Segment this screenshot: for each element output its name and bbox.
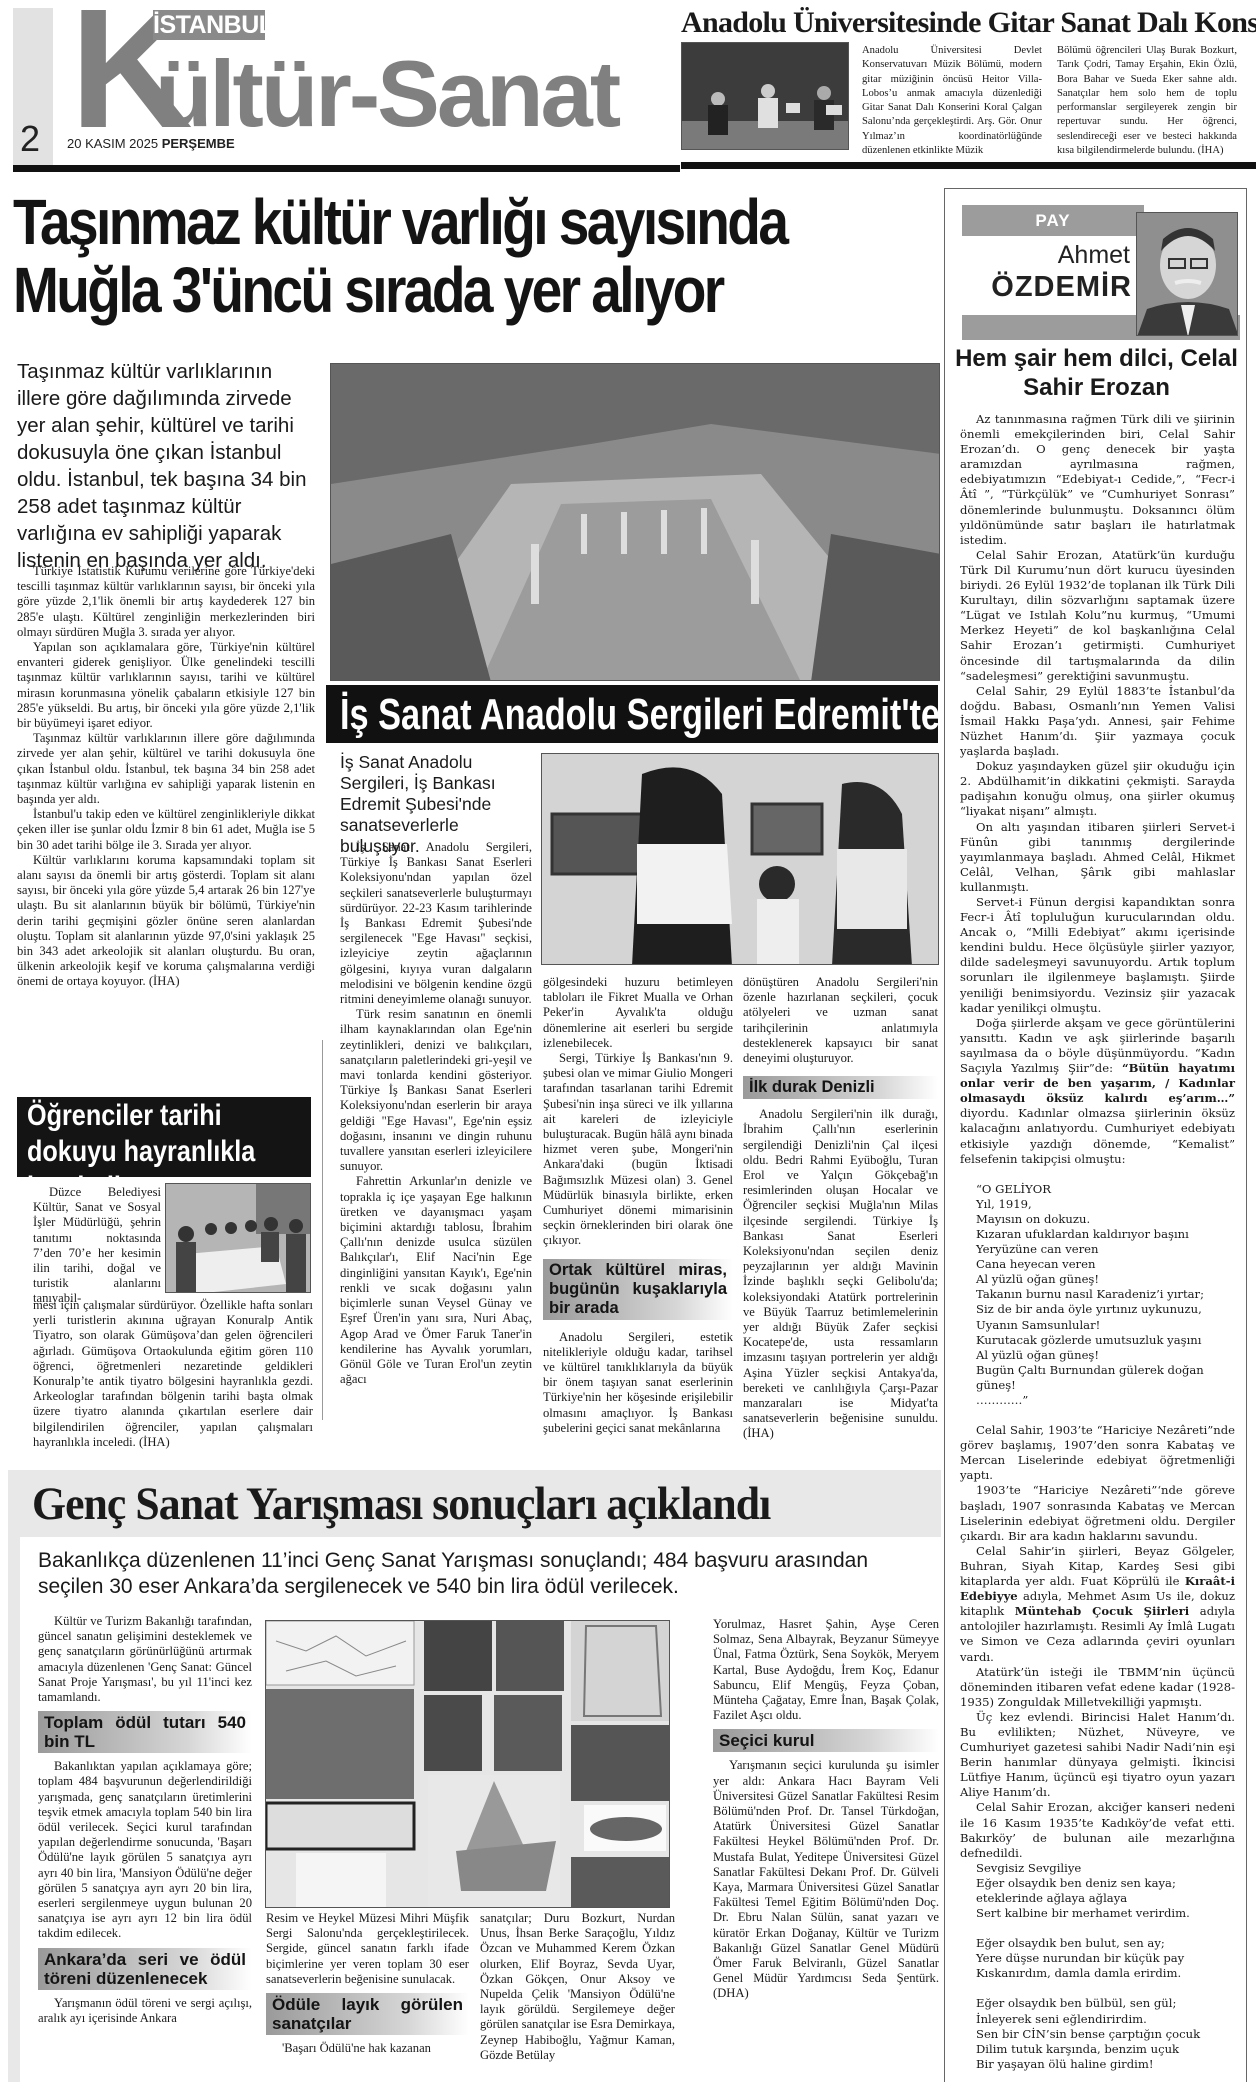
is-sanat-headline: İş Sanat Anadolu Sergileri Edremit'te — [340, 690, 940, 740]
column-paragraph: Servet-i Fünun dergisi kapandıktan sonra… — [960, 895, 1235, 1016]
column-body: Az tanınmasına rağmen Türk dili ve şiiri… — [960, 412, 1235, 2072]
main-headline-line1: Taşınmaz kültür varlığı sayısında — [13, 188, 813, 256]
book-title: Müntehab Çocuk Şiirleri — [1015, 1604, 1189, 1618]
poem-line: Yere düşse nurundan bir küçük pay — [960, 1951, 1235, 1966]
column-paragraph: Celal Sahir, 29 Eylül 1883’te İstanbul’d… — [960, 684, 1235, 759]
page-number: 2 — [20, 118, 40, 160]
gitar-story-headline: Anadolu Üniversitesinde Gitar Sanat Dalı… — [681, 3, 1256, 43]
poem-line: Eğer olsaydık ben bulut, sen ay; — [960, 1936, 1235, 1951]
concert-photo-image — [682, 43, 849, 150]
issue-date: 20 KASIM 2025 PERŞEMBE — [67, 136, 235, 151]
spacer — [960, 1921, 1235, 1936]
is-sanat-paragraph: Anadolu Sergileri'nin ilk durağı, İbrahi… — [743, 1107, 938, 1441]
column-paragraph: Dokuz yaşındayken güzel şiir okuduğu içi… — [960, 759, 1235, 819]
poem-line: Al yüzlü oğan güneş! — [960, 1348, 1235, 1363]
author-portrait — [1136, 212, 1238, 336]
is-sanat-paragraph: İş Sanat Anadolu Sergileri, Türkiye İş B… — [340, 840, 532, 1007]
poem-line: Dilim tutuk karşında, benzim uçuk — [960, 2042, 1235, 2057]
poem-line: Kızaran ufuklardan kaldırıyor başını — [960, 1227, 1235, 1242]
column-text: diyordu. Kadınlar olmazsa şiirlerinin ök… — [960, 1106, 1235, 1165]
column-paragraph: Celal Sahir Erozan, Atatürk’ün kurduğu T… — [960, 548, 1235, 684]
main-story-body: Türkiye İstatistik Kurumu verilerine gör… — [17, 564, 315, 990]
main-story-lead: Taşınmaz kültür varlıklarının illere gör… — [17, 358, 317, 574]
is-sanat-paragraph: dönüştüren Anadolu Sergileri'nin özenle … — [743, 975, 938, 1066]
column-paragraph: Doğa şiirlerde akşam ve gece görüntüleri… — [960, 1016, 1235, 1167]
is-sanat-col1: İş Sanat Anadolu Sergileri, Türkiye İş B… — [340, 840, 532, 1387]
ruins-photo-image — [331, 364, 940, 681]
spacer — [960, 1981, 1235, 1996]
main-headline-line2: Muğla 3'üncü sırada yer alıyor — [13, 256, 813, 324]
ancient-ruins-photo — [330, 363, 940, 681]
author-last-name: ÖZDEMİR — [962, 270, 1132, 304]
is-sanat-paragraph: Türk resim sanatının en önemli ilham kay… — [340, 1007, 532, 1174]
poem-line: Takanın burnu nasıl Karadeniz’i yırtar; — [960, 1287, 1235, 1302]
poem-line: Mayısın on dokuzu. — [960, 1212, 1235, 1227]
students-paragraph: Düzce Belediyesi Kültür, Sanat ve Sosyal… — [33, 1185, 161, 1307]
poem-line: Kıskanırdım, damla damla erirdim. — [960, 1966, 1235, 1981]
subhead-odul-tutari: Toplam ödül tutarı 540 bin TL — [38, 1711, 252, 1753]
poem-line: Al yüzlü oğan güneş! — [960, 1272, 1235, 1287]
genc-paragraph: 'Başarı Ödülü'ne hak kazanan — [266, 2041, 469, 2056]
genc-paragraph: Bakanlıktan yapılan açıklamaya göre; top… — [38, 1759, 252, 1941]
column-divider — [322, 1040, 323, 1420]
poem-line: Kurutacak gözlerde umutsuzluk yaşını — [960, 1333, 1235, 1348]
is-sanat-paragraph: Anadolu Sergileri, estetik nitelikleriyl… — [543, 1330, 733, 1436]
main-headline: Taşınmaz kültür varlığı sayısında Muğla … — [13, 188, 813, 324]
column-paragraph: Celal Sahir’in şiirleri, Beyaz Gölgeler,… — [960, 1544, 1235, 1665]
column-paragraph: On altı yaşından itibaren şiirleri Serve… — [960, 820, 1235, 895]
genc-sanat-col4: Yorulmaz, Hasret Şahin, Ayşe Ceren Solma… — [713, 1617, 939, 2002]
issue-date-text: 20 KASIM 2025 — [67, 136, 158, 151]
genc-sanat-col3: sanatçılar; Duru Bozkurt, Nurdan Unus, İ… — [480, 1911, 675, 2063]
poem-line: “O GELİYOR — [960, 1182, 1235, 1197]
poem-line: İnleyerek seni eğlendirirdim. — [960, 2012, 1235, 2027]
poem-title: Sevgisiz Sevgiliye — [960, 1861, 1235, 1876]
poem-line: Eğer olsaydık ben bülbül, sen gül; — [960, 1996, 1235, 2011]
poem-line: Sen bir CİN’sin bense çarptığın çocuk — [960, 2027, 1235, 2042]
column-paragraph: Az tanınmasına rağmen Türk dili ve şiiri… — [960, 412, 1235, 548]
is-sanat-paragraph: Sergi, Türkiye İş Bankası'nın 9. şubesi … — [543, 1051, 733, 1249]
genc-sanat-headline: Genç Sanat Yarışması sonuçları açıklandı — [32, 1476, 869, 1532]
poem-line: Bir yaşayan ölü haline girdim! — [960, 2057, 1235, 2072]
students-story-body-a: Düzce Belediyesi Kültür, Sanat ve Sosyal… — [33, 1185, 161, 1307]
subhead-ilk-durak: İlk durak Denizli — [743, 1076, 938, 1099]
column-paragraph: Üç kez evlendi. Birincisi Halet Hanım’dı… — [960, 1710, 1235, 1801]
students-story-body-b: mesi için çalışmalar sürdürüyor. Özellik… — [33, 1298, 313, 1450]
poem-line: …………” — [960, 1393, 1235, 1408]
students-photo — [165, 1183, 311, 1293]
subhead-odule-layik: Ödüle layık görülen sanatçılar — [266, 1993, 469, 2035]
genc-paragraph: Resim ve Heykel Müzesi Mihri Müşfik Serg… — [266, 1911, 469, 1987]
poem-line: Yıl, 1919, — [960, 1197, 1235, 1212]
poem-line: Bugün Çaltı Burnundan gülerek doğan güne… — [960, 1363, 1235, 1393]
author-first-name: Ahmet — [1010, 240, 1130, 270]
main-paragraph: Yapılan son açıklamalara göre, Türkiye'n… — [17, 640, 315, 731]
is-sanat-col2: gölgesindeki huzuru betimleyen tabloları… — [543, 975, 733, 1436]
spacer — [960, 1408, 1235, 1423]
gallery-photo-image — [542, 754, 939, 965]
main-paragraph: İstanbul'u takip eden ve kültürel zengin… — [17, 807, 315, 853]
spacer — [960, 1167, 1235, 1182]
poem-line: Sert kalbine bir merhamet verirdim. — [960, 1906, 1235, 1921]
subhead-ortak-miras: Ortak kültürel miras, bugünün kuşaklarıy… — [543, 1259, 733, 1320]
subhead-ankara-toren: Ankara’da seri ve ödül töreni düzenlenec… — [38, 1948, 252, 1990]
genc-paragraph: Yorulmaz, Hasret Şahin, Ayşe Ceren Solma… — [713, 1617, 939, 1723]
column-label: PAY — [962, 205, 1144, 236]
genc-paragraph: Yarışmanın seçici kurulunda şu isimler y… — [713, 1758, 939, 2001]
column-paragraph: Celal Sahir, 1903’te “Hariciye Nezâreti”… — [960, 1423, 1235, 1483]
poem-line: Uyanın Samsunlular! — [960, 1318, 1235, 1333]
gitar-story-col2: Bölümü öğrencileri Ulaş Burak Bozkurt, T… — [1057, 44, 1237, 158]
genc-sanat-col2: Resim ve Heykel Müzesi Mihri Müşfik Serg… — [266, 1911, 469, 2056]
genc-paragraph: Kültür ve Turizm Bakanlığı tarafından, g… — [38, 1614, 252, 1705]
subhead-secici-kurul: Seçici kurul — [713, 1729, 939, 1752]
gitar-story-rule — [681, 162, 1256, 169]
is-sanat-paragraph: Fahrettin Arkunlar'ın denizle ve toprakl… — [340, 1174, 532, 1387]
issue-weekday: PERŞEMBE — [162, 136, 235, 151]
column-headline: Hem şair hem dilci, Celal Sahir Erozan — [955, 344, 1238, 402]
gallery-visitors-photo — [541, 753, 939, 965]
main-paragraph: Taşınmaz kültür varlıklarının illere gör… — [17, 731, 315, 807]
poem-line: Yeryüzüne can veren — [960, 1242, 1235, 1257]
concert-photo — [681, 42, 849, 150]
is-sanat-paragraph: gölgesindeki huzuru betimleyen tabloları… — [543, 975, 733, 1051]
poem-line: Eğer olsaydık ben deniz sen kaya; — [960, 1876, 1235, 1891]
artworks-collage-photo — [265, 1620, 670, 1908]
genc-sanat-lead: Bakanlıkça düzenlenen 11’inci Genç Sanat… — [38, 1548, 938, 1600]
column-paragraph: Atatürk’ün isteği ile TBMM’nin üçüncü dö… — [960, 1665, 1235, 1710]
poem-line: Cana heyecan veren — [960, 1257, 1235, 1272]
masthead-istanbul-badge: İSTANBUL — [153, 10, 265, 40]
main-paragraph: Kültür varlıklarını koruma kapsamındaki … — [17, 853, 315, 990]
main-paragraph: Türkiye İstatistik Kurumu verilerine gör… — [17, 564, 315, 640]
artworks-collage-image — [266, 1621, 670, 1908]
students-photo-image — [166, 1184, 311, 1293]
genc-sanat-col1: Kültür ve Turizm Bakanlığı tarafından, g… — [38, 1614, 252, 2026]
masthead-rule — [13, 165, 680, 172]
author-portrait-image — [1137, 213, 1238, 336]
poem-line: eteklerinde ağlaya ağlaya — [960, 1891, 1235, 1906]
masthead-logo-text: ültür-Sanat — [155, 48, 618, 140]
poem-line: Siz de bir anda öyle yırtınız uykunuzu, — [960, 1302, 1235, 1317]
is-sanat-col3: dönüştüren Anadolu Sergileri'nin özenle … — [743, 975, 938, 1442]
column-paragraph: 1903’te “Hariciye Nezâreti”‘nde göreve b… — [960, 1483, 1235, 1543]
genc-paragraph: Yarışmanın ödül töreni ve sergi açılışı,… — [38, 1996, 252, 2026]
gitar-story-col1: Anadolu Üniversitesi Devlet Konservatuva… — [862, 44, 1042, 158]
column-paragraph: Celal Sahir Erozan, akciğer kanseri nede… — [960, 1800, 1235, 1860]
